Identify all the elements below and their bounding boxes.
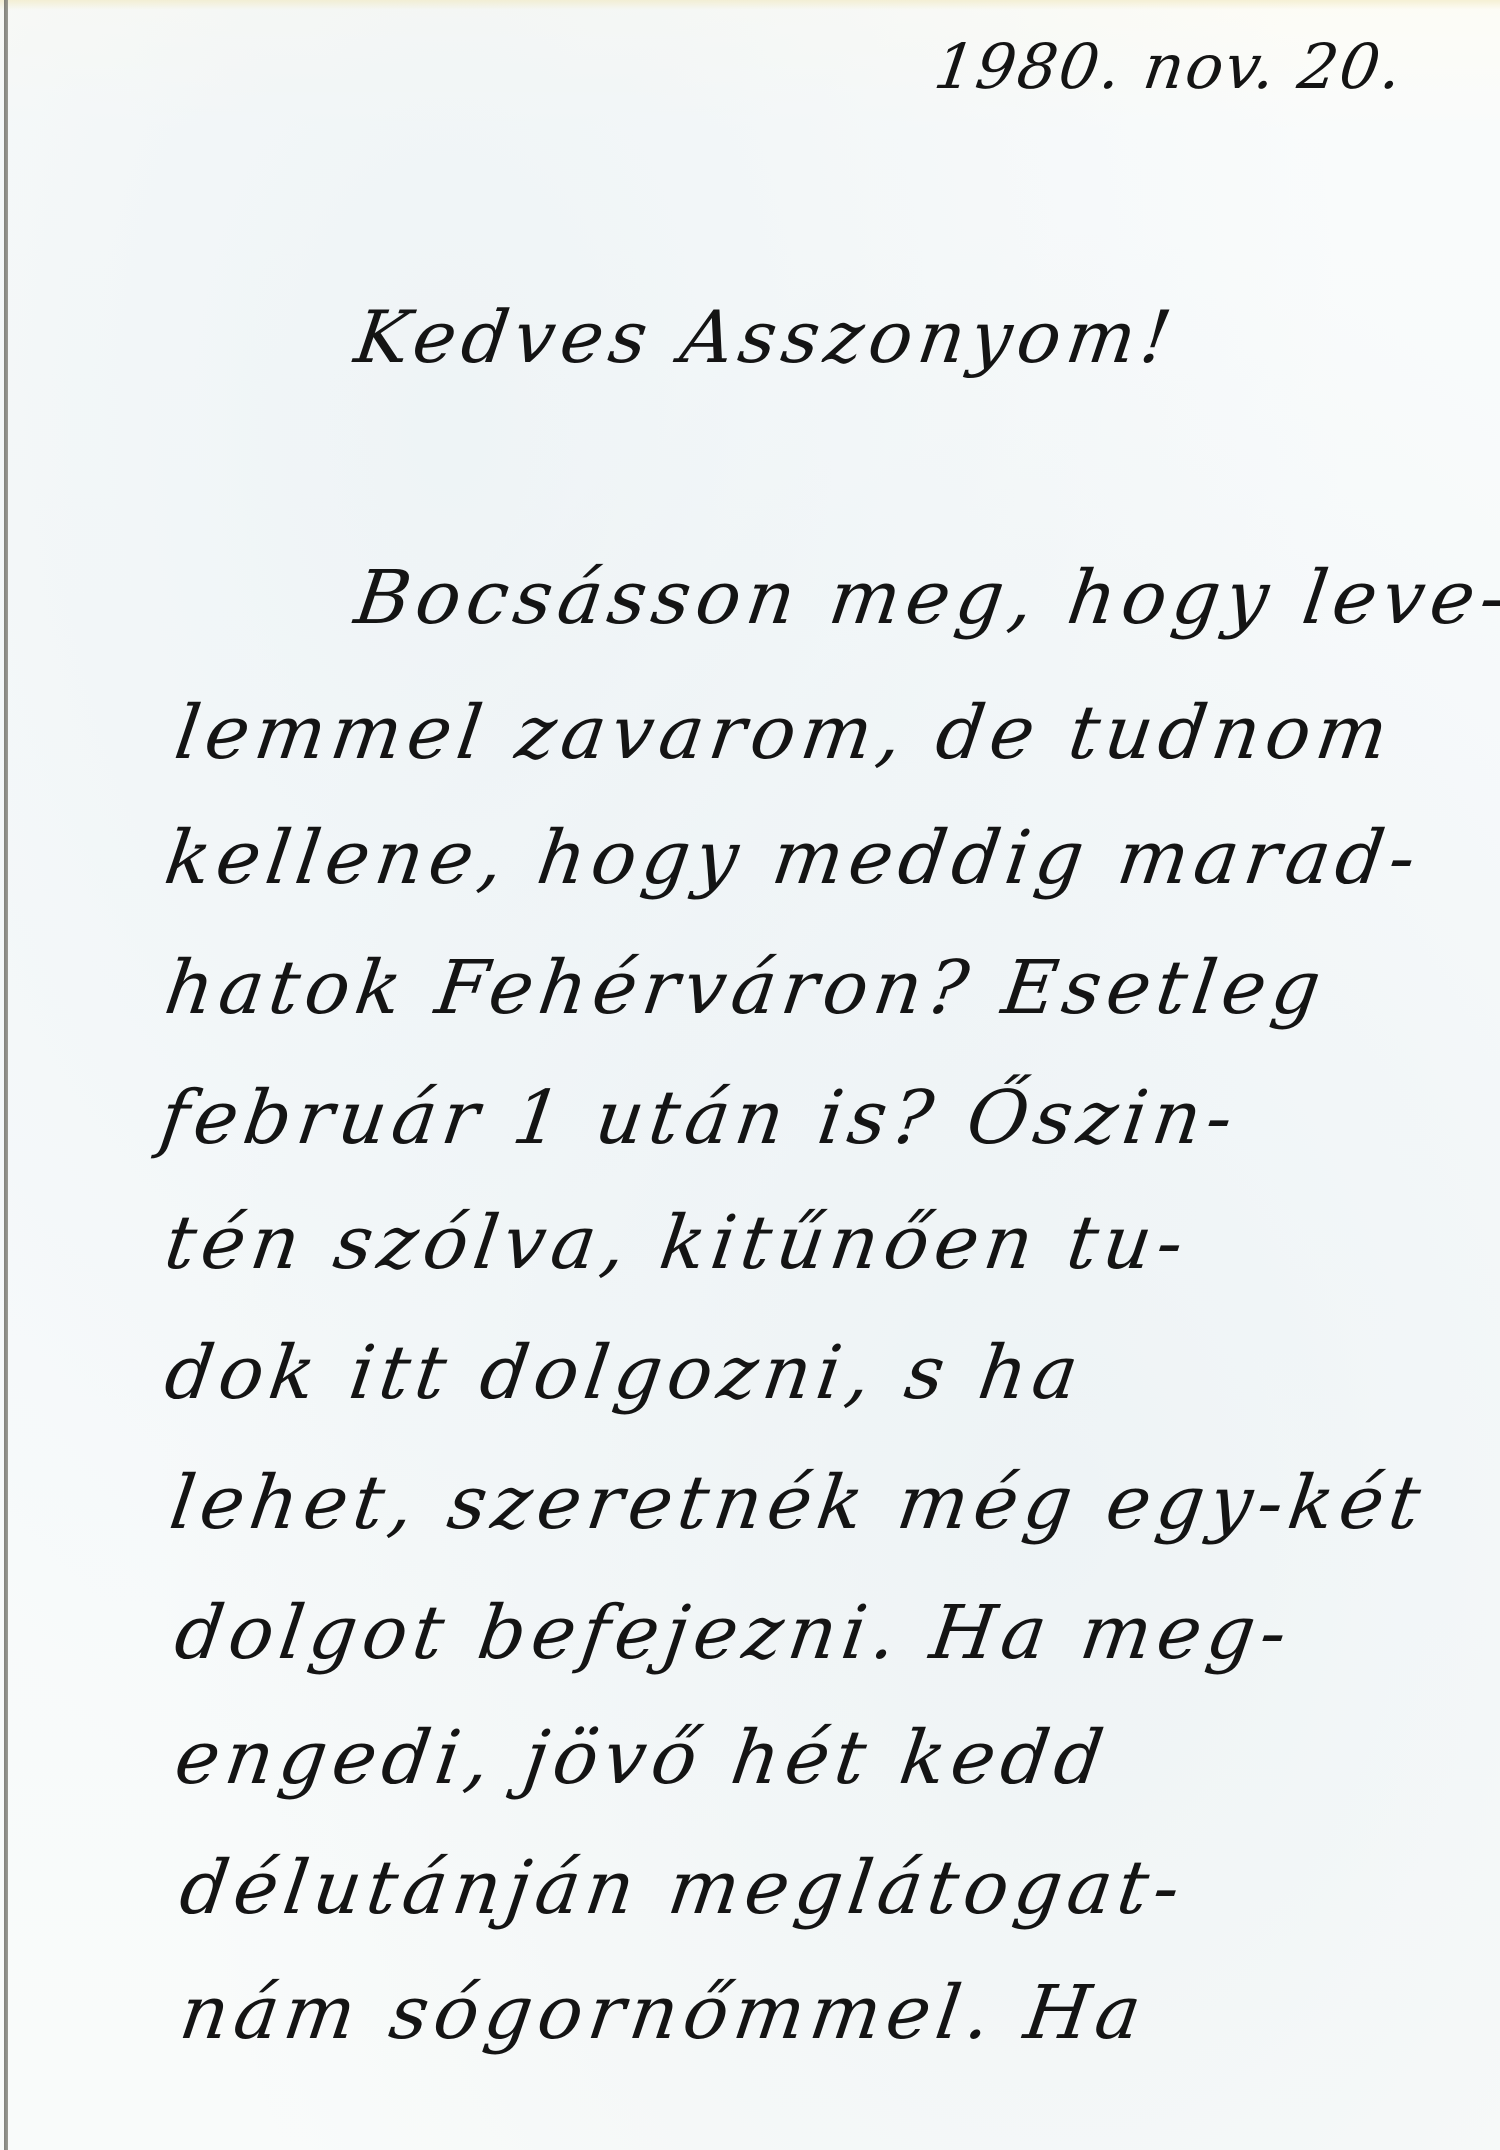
letter-line: lehet, szeretnék még egy-két [165, 1460, 1431, 1546]
letter-line: nám sógornőmmel. Ha [175, 1970, 1152, 2056]
letter-page: 1980. nov. 20. Kedves Asszonyom! Bocsáss… [0, 0, 1500, 2150]
letter-line: kellene, hogy meddig marad- [160, 815, 1427, 901]
letter-date: 1980. nov. 20. [930, 30, 1408, 103]
letter-line: lemmel zavarom, de tudnom [170, 690, 1399, 776]
letter-line: Bocsásson meg, hogy leve- [350, 555, 1500, 641]
paper-left-edge [4, 0, 8, 2150]
letter-line: dolgot befejezni. Ha meg- [170, 1590, 1298, 1676]
letter-line: tén szólva, kitűnően tu- [160, 1200, 1194, 1286]
letter-greeting: Kedves Asszonyom! [350, 295, 1182, 379]
letter-line: hatok Fehérváron? Esetleg [160, 945, 1331, 1031]
letter-line: engedi, jövő hét kedd [170, 1715, 1114, 1801]
letter-line: február 1 után is? Őszin- [155, 1075, 1244, 1161]
letter-line: dok itt dolgozni, s ha [160, 1330, 1089, 1416]
letter-line: délutánján meglátogat- [175, 1845, 1191, 1931]
paper-top-edge [0, 0, 1500, 10]
